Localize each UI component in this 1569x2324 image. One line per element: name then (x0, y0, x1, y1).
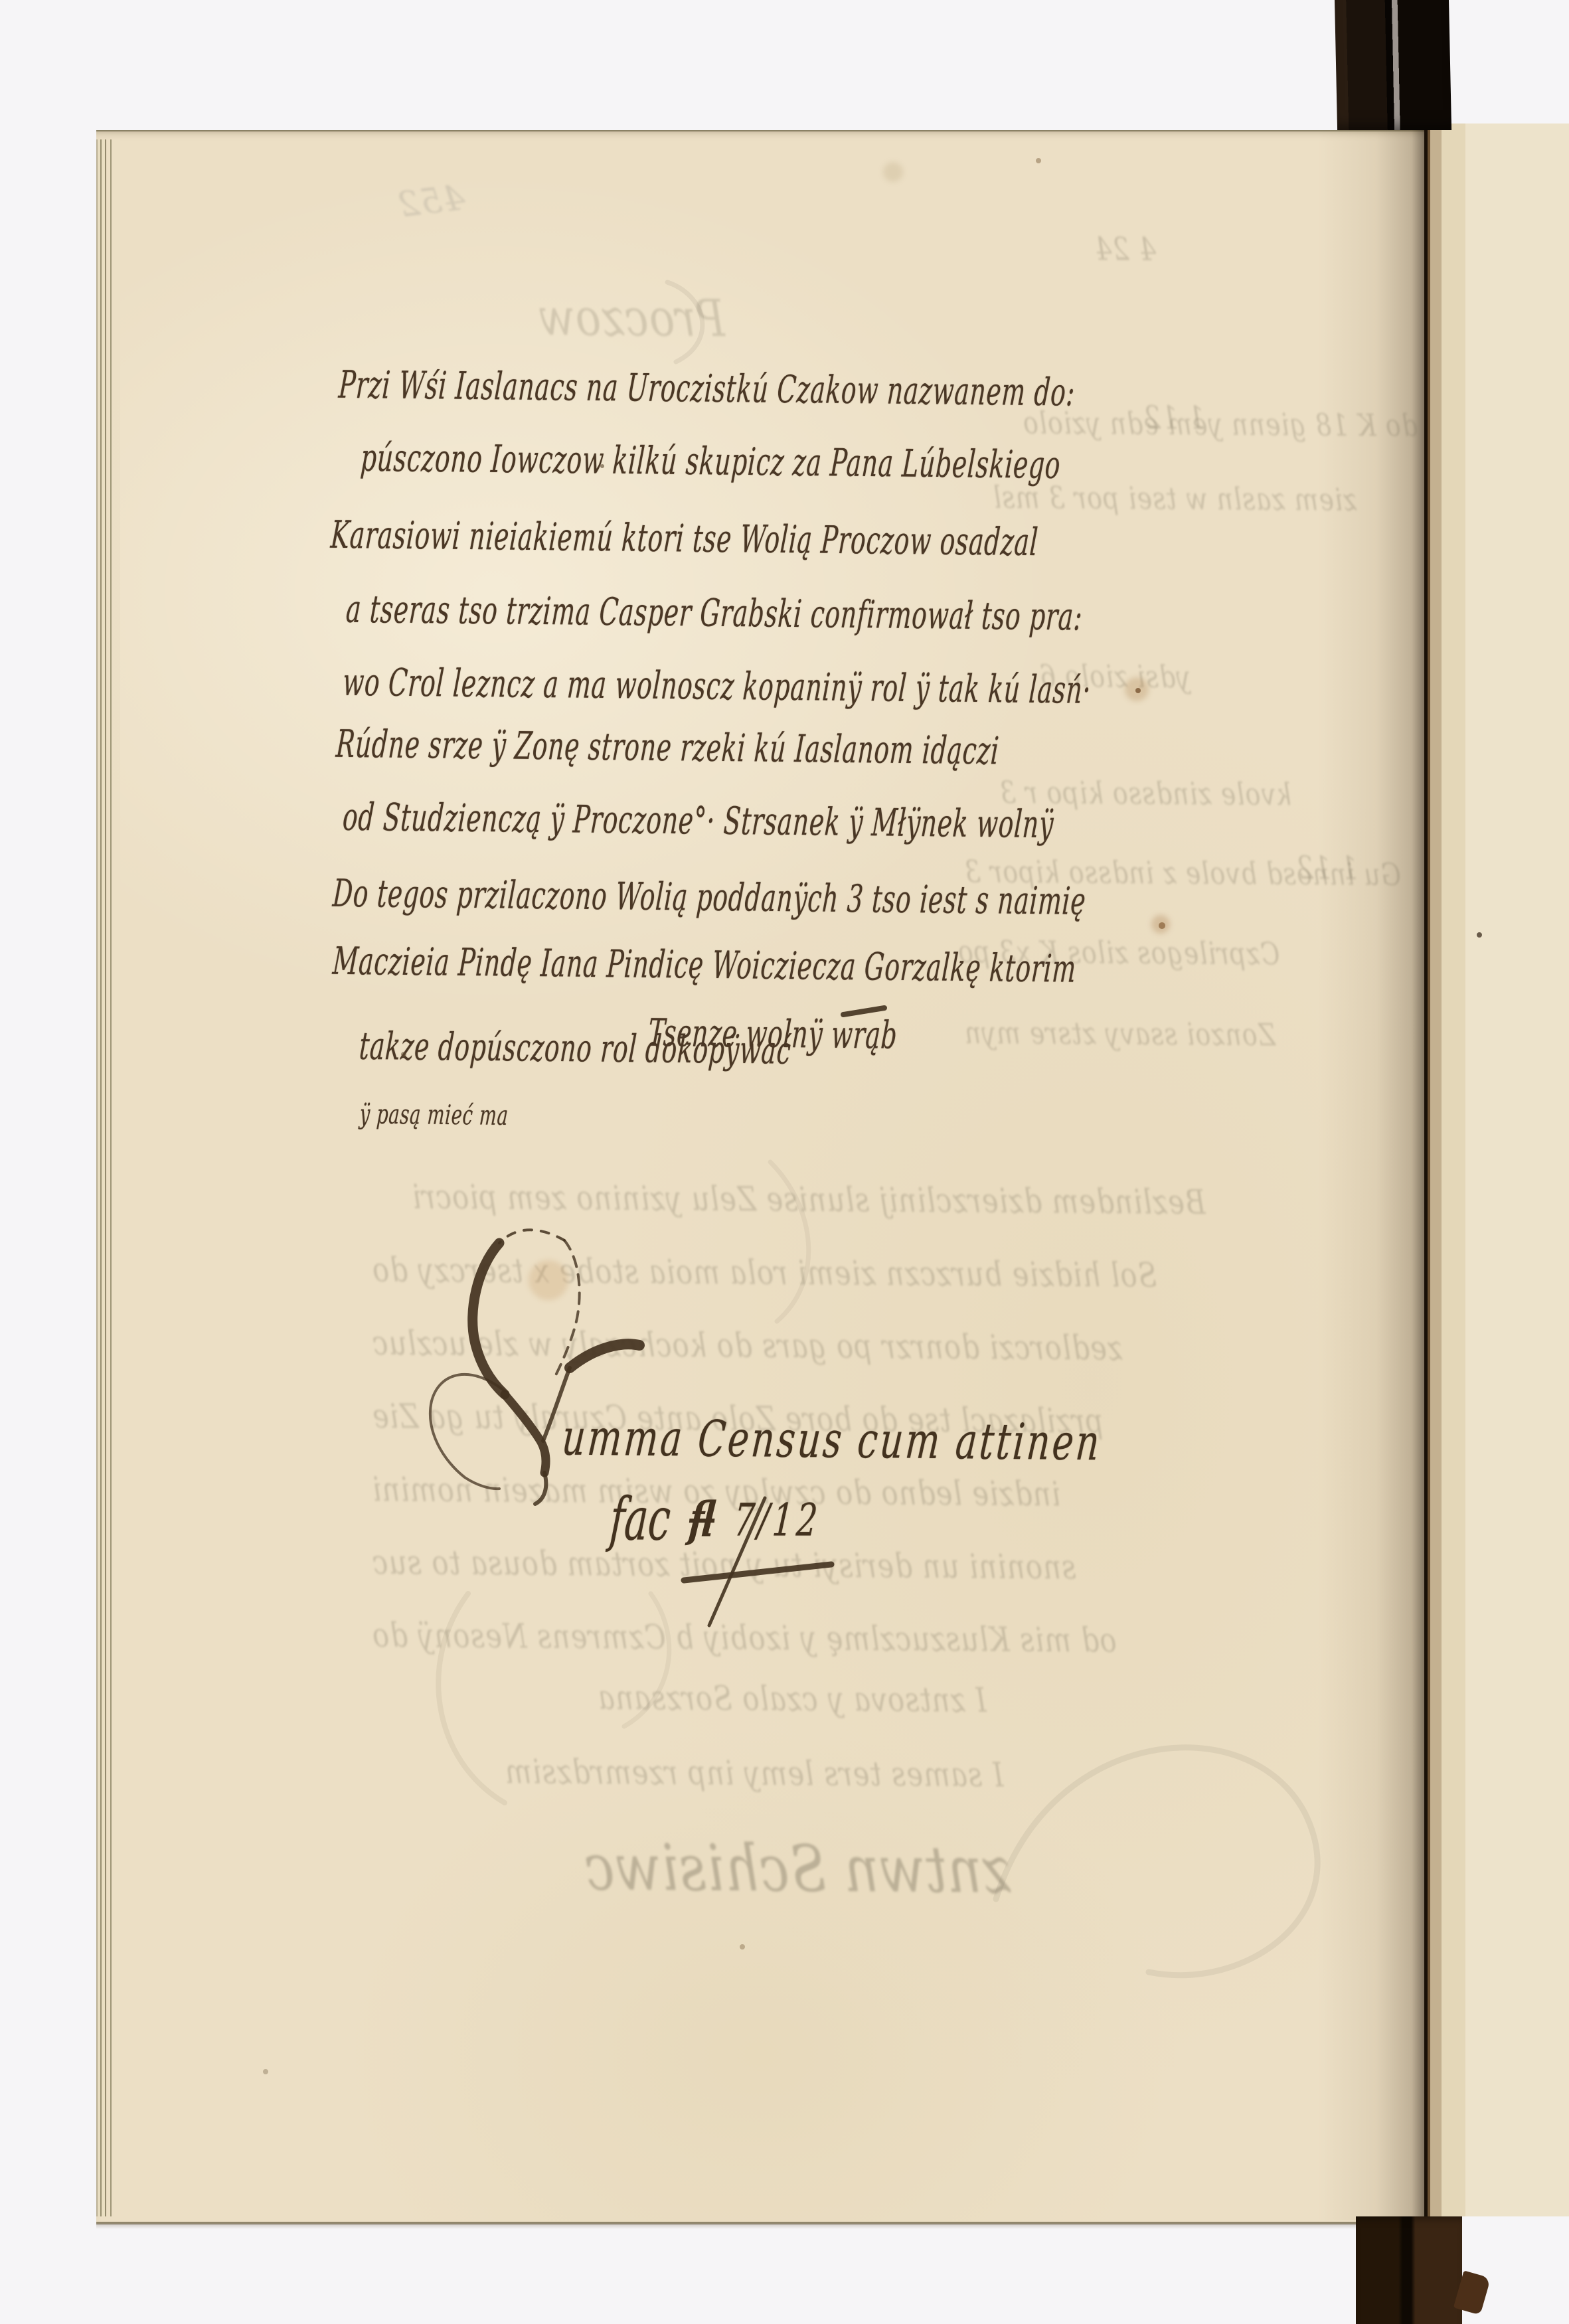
manuscript-line-8: Do tegos przilaczono Wolią poddanÿch 3 t… (331, 875, 1087, 921)
manuscript-line-11: ÿ pasą mieć ma (359, 1101, 509, 1129)
bleedthrough-line: snonini un derisyi tu y noit zortam dous… (372, 1546, 1076, 1584)
bleedthrough-line: Bezlindem dzierzclinij slunise Zelu yzin… (412, 1181, 1206, 1220)
bleedthrough-number: 1 12 (1143, 402, 1205, 435)
bleedthrough-number: 1 12 (1296, 853, 1358, 885)
manuscript-line-10b: Tsenze wolnÿ wrąb (647, 1015, 898, 1055)
bleedthrough-word: Proczow (538, 293, 726, 345)
manuscript-line-7: od Studzienczą ÿ Proczone°· Strsanek ÿ M… (341, 799, 1054, 845)
manuscript-line-3: Karasiowi nieiakiemú ktori tse Wolią Pro… (329, 517, 1039, 562)
fac-value: 7/12 (732, 1498, 823, 1543)
pencil-number-ghost: 452 (395, 181, 467, 223)
foxing-spot (1125, 677, 1149, 701)
foxing-spot (883, 162, 903, 182)
currency-symbol: fl (687, 1495, 717, 1544)
bleedthrough-number: 4 24 (1094, 234, 1156, 266)
scanned-manuscript: { "page": { "kind": "Handwritten manuscr… (0, 0, 1569, 2324)
gutter-shadow (1318, 130, 1424, 2220)
manuscript-line-9: Maczieia Pindę Iana Pindicę Woicziecza G… (331, 943, 1077, 989)
binding-strap-bottom (1356, 2216, 1462, 2324)
manuscript-line-1: Przi Wśi Iaslanacs na Uroczistkú Czakow … (337, 367, 1076, 412)
bleedthrough-line: zedlorczi donrzr po gars do kochczaly w … (372, 1327, 1123, 1365)
manuscript-line-2: púsczono Iowczow kilkú skupicz za Pana L… (359, 440, 1062, 485)
bleedthrough-line: Sol hidzie burzczn ziemi rola moia stobe… (372, 1254, 1157, 1293)
foxing-spot (1151, 915, 1170, 934)
facing-page-strip (1424, 124, 1569, 2216)
bleedthrough-line: do K 18 gienn yem edn yziolo (1023, 408, 1418, 441)
manuscript-line-5: wo Crol lezncz a ma wolnoscz kopaninÿ ro… (341, 664, 1092, 710)
bleedthrough-line: Zonzoi ssavy ztsre myn (964, 1018, 1276, 1050)
bleedthrough-signature: zntwn Schisiwc (584, 1836, 1011, 1902)
manuscript-line-6: Rúdne srze ÿ Zonę strone rzeki kú Iaslan… (335, 726, 1000, 771)
manuscript-line-4: a tseras tso trzima Casper Grabski confi… (345, 591, 1084, 637)
bleedthrough-line: I sames ters lemy inp rzemrdzsim (505, 1755, 1004, 1792)
bleedthrough-line: I zntsova y czalo Sorzsana (598, 1681, 987, 1717)
summa-census-line: umma Census cum attinen (560, 1413, 1104, 1468)
binding-strap-top (1335, 0, 1451, 130)
fac-word: fac (608, 1490, 673, 1549)
bleedthrough-line: od mis Kluszuczlmę y izobiy b Czmrens Ne… (372, 1619, 1117, 1657)
page-bottom-shadow (96, 2222, 1424, 2229)
foxing-spot (529, 1260, 568, 1300)
ink-specks (0, 0, 3, 3)
stacked-folio-edges (96, 139, 120, 2216)
